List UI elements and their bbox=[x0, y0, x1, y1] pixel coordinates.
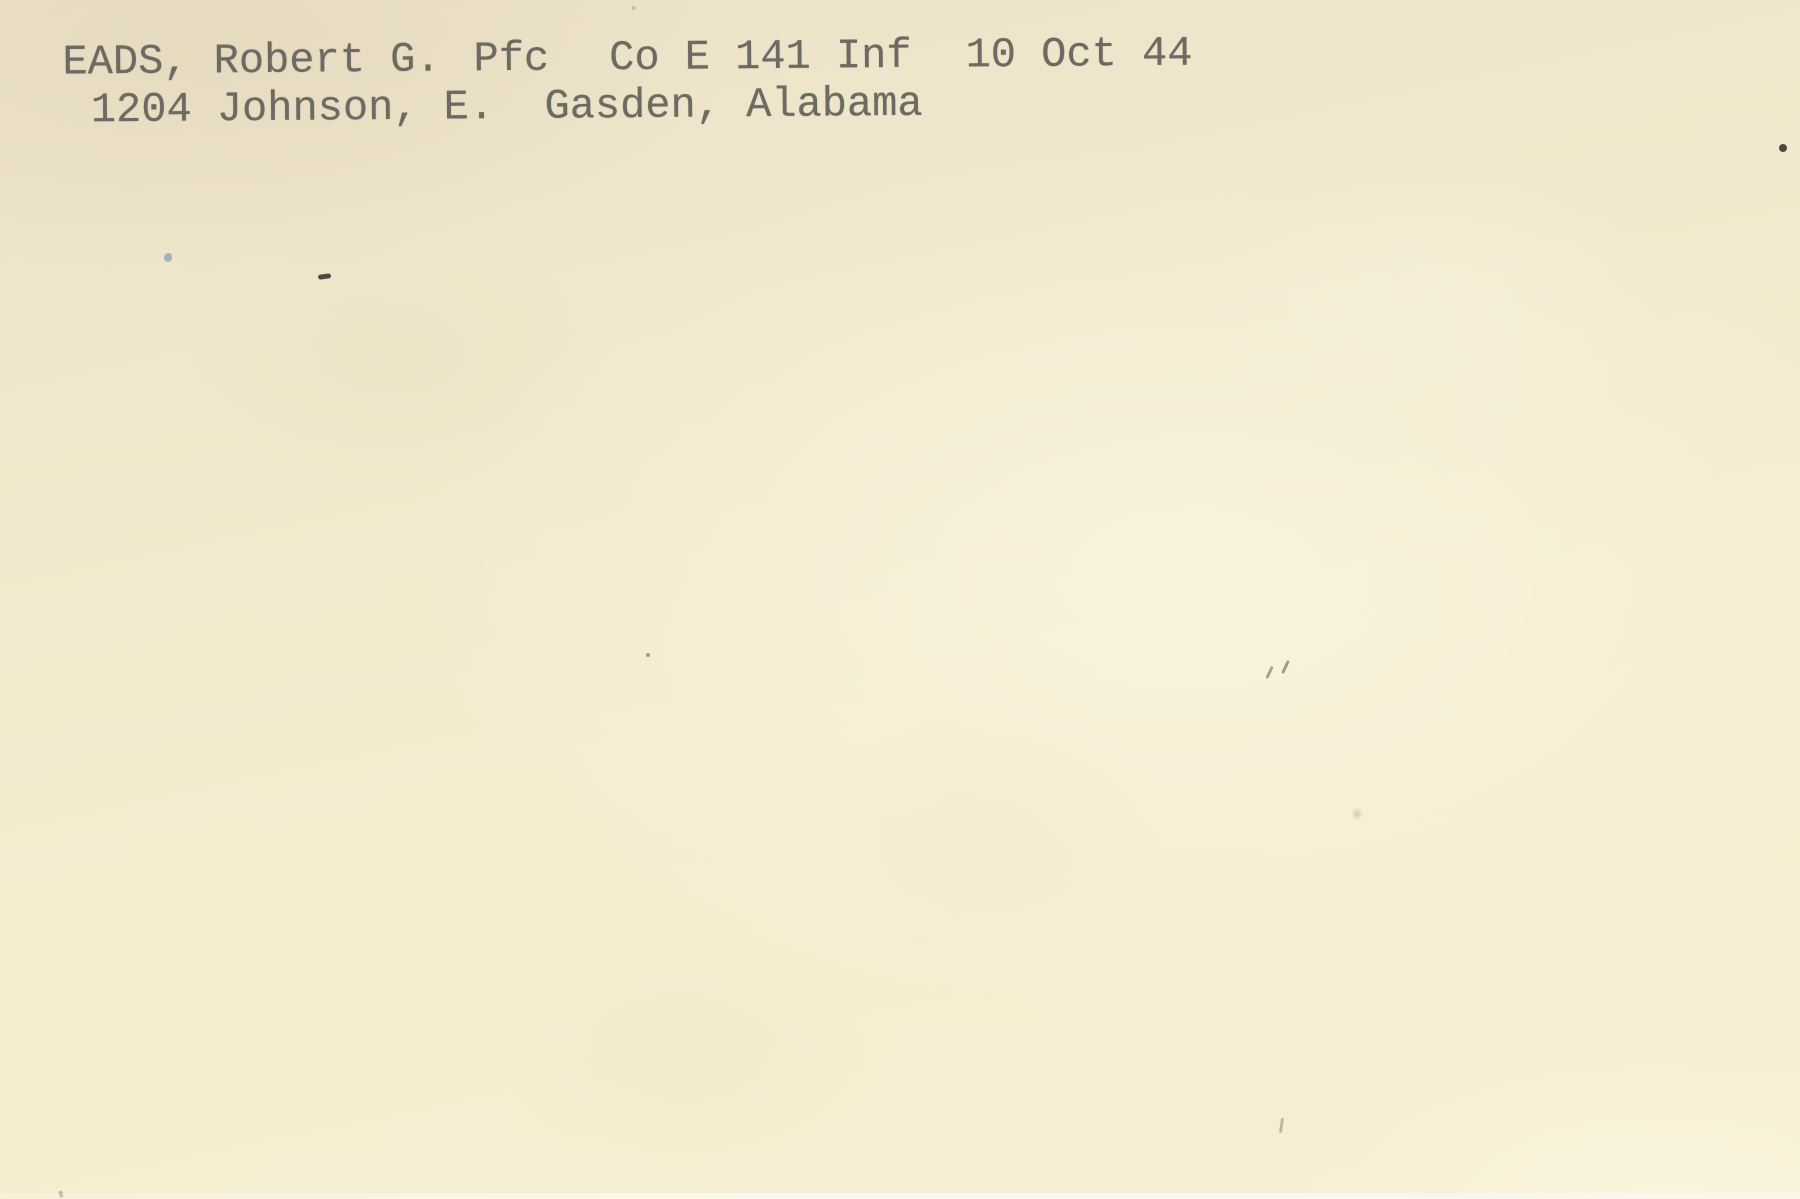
typed-line-1: EADS, Robert G. Pfc Co E 141 Inf 10 Oct … bbox=[62, 33, 1192, 84]
soldier-unit: Co E 141 Inf bbox=[609, 35, 912, 79]
paper-tick-mark-right bbox=[1281, 660, 1290, 674]
scan-edge-bottom bbox=[0, 1193, 1800, 1199]
paper-speck-top-center bbox=[630, 5, 637, 11]
soldier-name: EADS, Robert G. bbox=[62, 39, 440, 84]
paper-speck-top-right bbox=[1779, 144, 1787, 152]
paper-mark-dash bbox=[318, 273, 332, 280]
paper-speck-middle bbox=[646, 653, 650, 657]
soldier-address: 1204 Johnson, E. Gasden, Alabama bbox=[91, 83, 923, 132]
index-card: EADS, Robert G. Pfc Co E 141 Inf 10 Oct … bbox=[0, 0, 1800, 1199]
paper-tick-mark-bottom bbox=[1279, 1118, 1284, 1133]
record-date: 10 Oct 44 bbox=[965, 33, 1192, 77]
paper-mark-bottom-left bbox=[58, 1191, 64, 1199]
paper-tick-mark-left bbox=[1265, 666, 1273, 679]
paper-speck-blue bbox=[164, 253, 172, 262]
typed-line-2: 1204 Johnson, E. Gasden, Alabama bbox=[91, 83, 923, 132]
soldier-rank: Pfc bbox=[473, 38, 549, 81]
paper-smudge bbox=[1350, 806, 1364, 822]
